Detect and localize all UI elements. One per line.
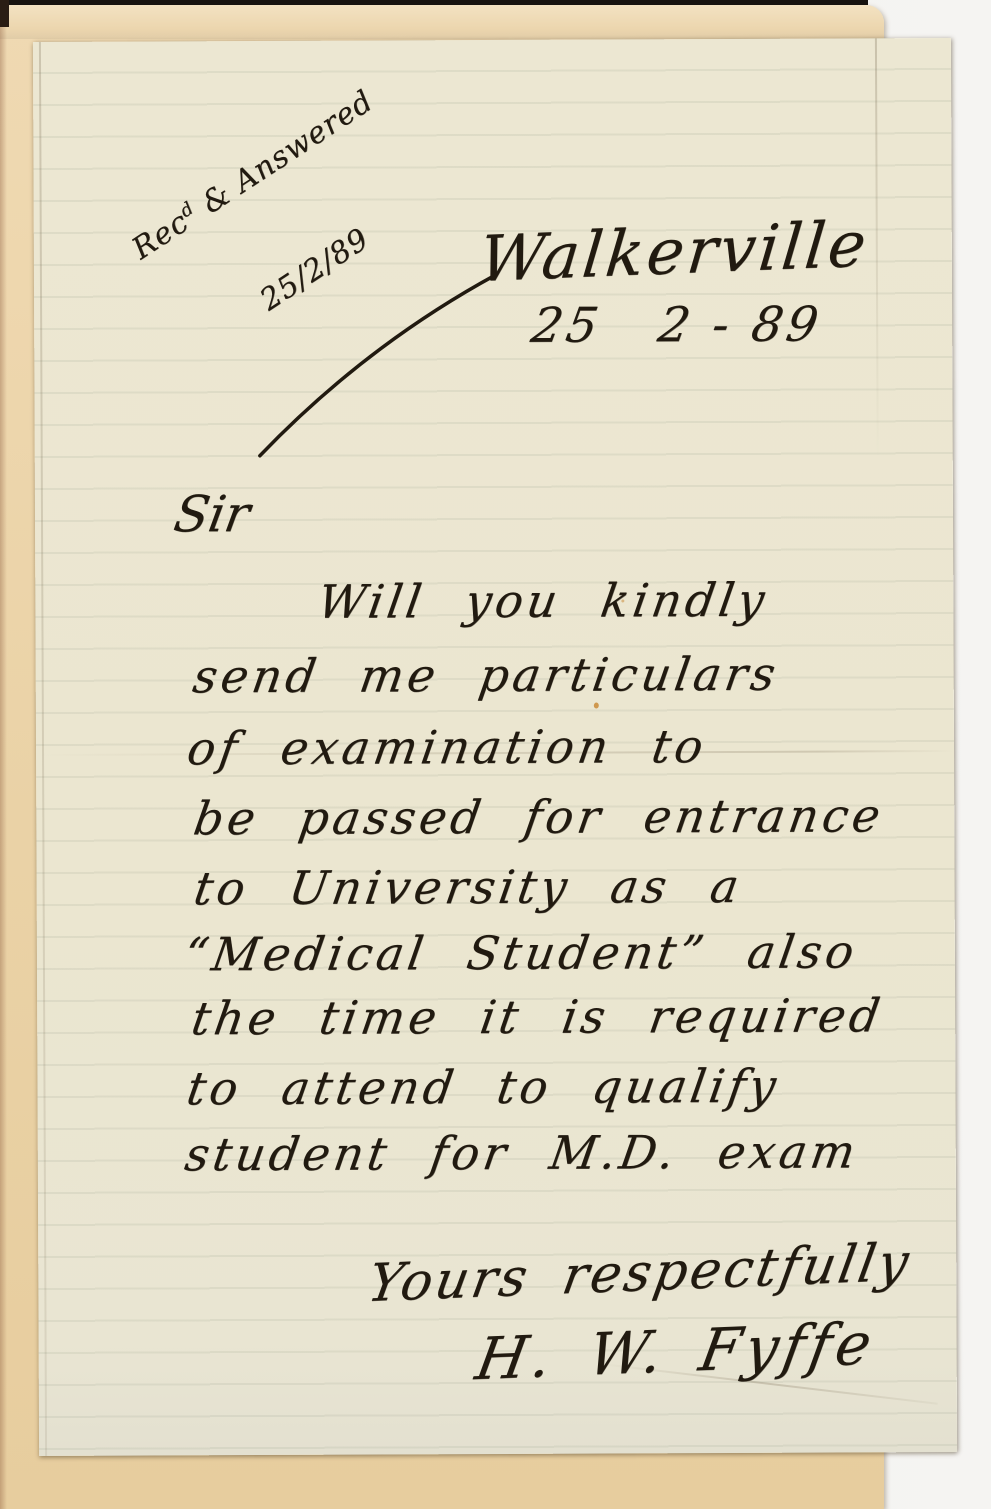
salutation: Sir	[170, 485, 254, 543]
body-line: student for M.D. exam	[182, 1124, 863, 1181]
letter-page: Recd & Answered 25/2/89 Walkerville 25 2…	[33, 38, 957, 1456]
letter-place: Walkerville	[476, 207, 872, 296]
body-line: send me particulars	[190, 647, 783, 704]
body-line: be passed for entrance	[190, 788, 888, 845]
body-line: of examination to	[184, 719, 711, 775]
body-line: to attend to qualify	[183, 1059, 783, 1116]
paper-speck	[594, 703, 599, 709]
body-line: the time it is required	[188, 988, 887, 1045]
valediction: Yours respectfully	[363, 1232, 915, 1314]
body-line: “Medical Student” also	[181, 924, 862, 981]
signature: H. W. Fyffe	[471, 1309, 882, 1393]
body-line: to University as a	[190, 859, 746, 915]
scan-edge-strip	[0, 0, 868, 5]
scan-edge-corner	[0, 0, 9, 27]
body-line: Will you kindly	[314, 573, 772, 629]
letter-date: 25 2 - 89	[527, 297, 826, 354]
fold-crease-vertical	[875, 38, 879, 458]
